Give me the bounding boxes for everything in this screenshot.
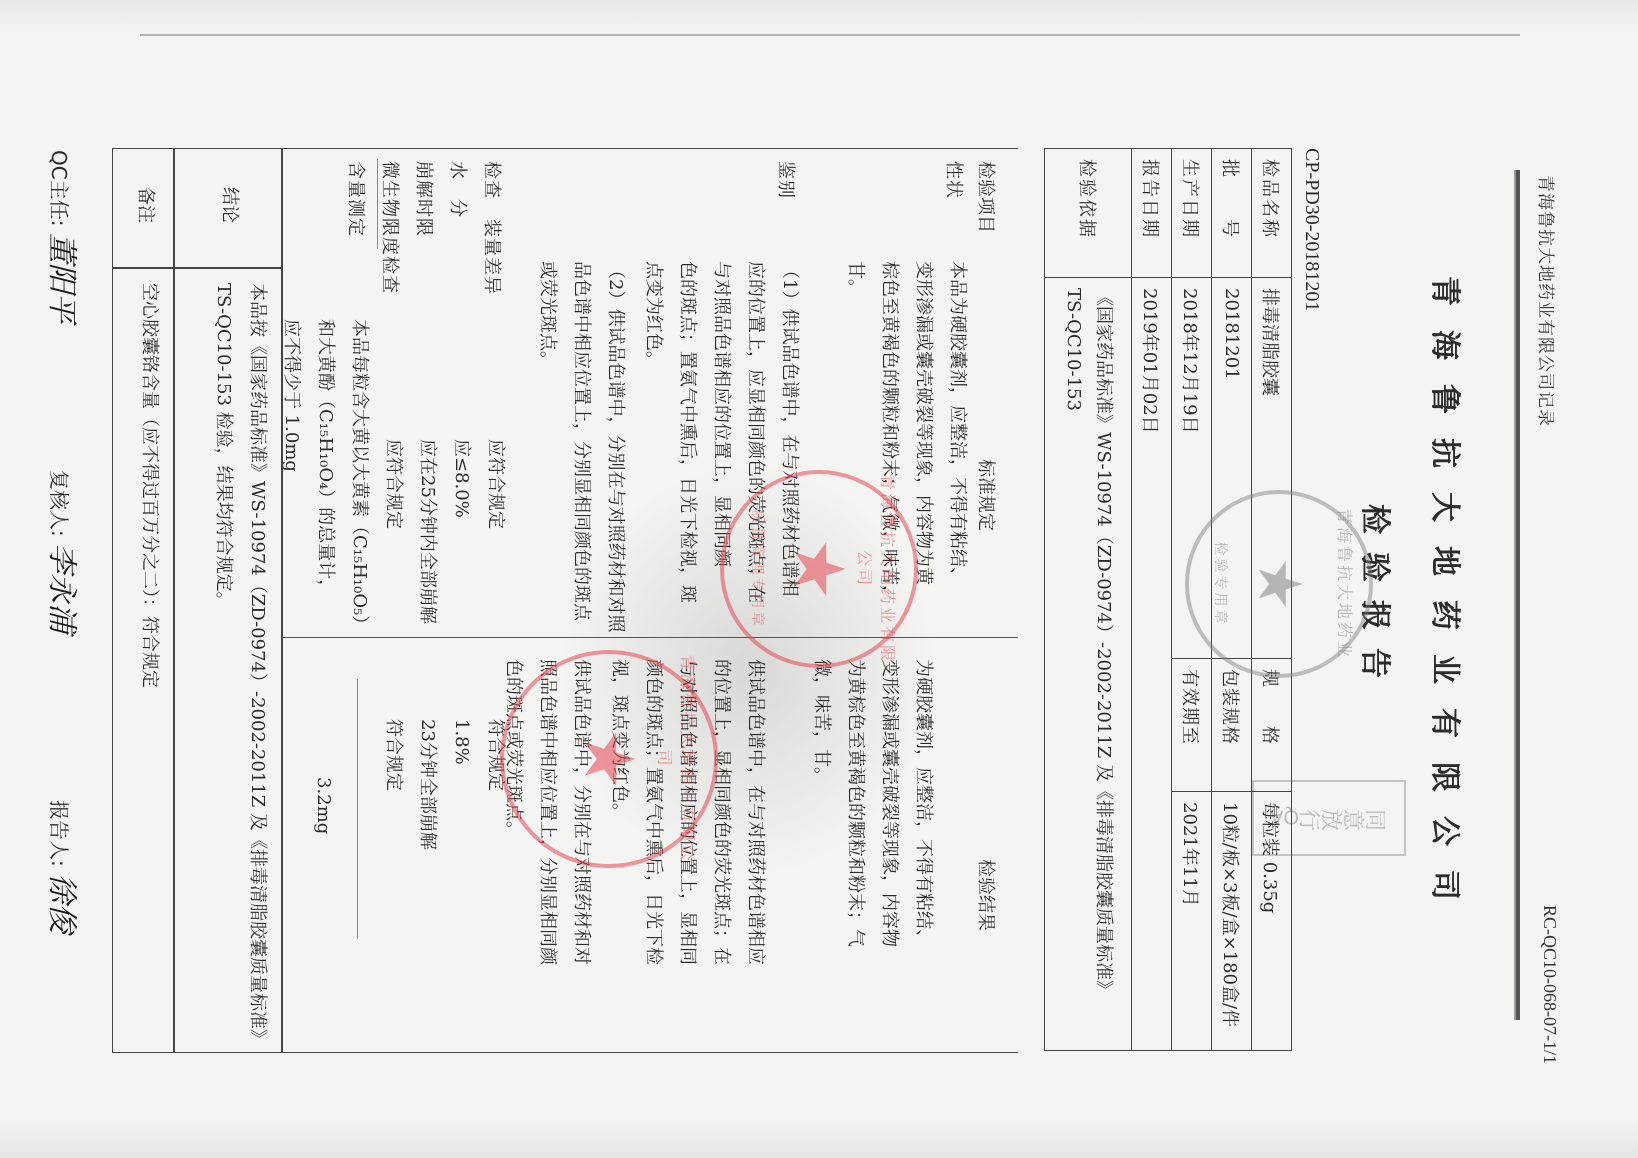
identification-label: 鉴别 bbox=[774, 161, 800, 199]
conclusion-label: 结论 bbox=[218, 187, 244, 223]
column-header-standard: 标准规定 bbox=[974, 459, 1000, 531]
disintegration-standard: 应在25分钟内全部崩解 bbox=[410, 439, 444, 624]
identification-standard-2: （2）供试品色谱中，分别在与对照药材和对照 品色谱中相应位置上，分别显相同颜色的… bbox=[530, 261, 632, 637]
spec-label: 规 格 bbox=[1252, 659, 1292, 792]
text-line: 为硬胶囊剂，应整洁，不得有粘结、 bbox=[906, 659, 940, 1049]
basis-value: 《国家药品标准》WS-10974（ZD-0974）-2002-2011Z 及《排… bbox=[1045, 278, 1132, 1051]
assay-rule bbox=[377, 159, 378, 249]
assay-standard: 本品每粒含大黄以大黄素（C₁₅H₁₀O₅） 和大黄酚（C₁₅H₁₀O₄）的总量计… bbox=[274, 319, 376, 635]
text-line: 本品按《国家药品标准》WS-10974（ZD-0974）-2002-2011Z … bbox=[240, 283, 274, 1048]
fill-variation-label: 装量差异 bbox=[480, 219, 506, 295]
microbial-label: 微生物限度检查 bbox=[378, 161, 404, 294]
text-line: 品色谱中相应位置上，分别显相同颜色的斑点 bbox=[564, 261, 598, 637]
conclusion-divider bbox=[282, 149, 284, 1052]
remark-label: 备注 bbox=[134, 187, 160, 223]
disintegration-label: 崩解时限 bbox=[412, 161, 438, 237]
info-row: 检验依据 《国家药品标准》WS-10974（ZD-0974）-2002-2011… bbox=[1045, 149, 1132, 1051]
text-line: 应不得少于 1.0mg bbox=[274, 319, 308, 635]
conclusion-text: 本品按《国家药品标准》WS-10974（ZD-0974）-2002-2011Z … bbox=[206, 283, 274, 1048]
qc-director-signature: QC主任: 董阳平 bbox=[43, 150, 87, 323]
product-name-label: 检品名称 bbox=[1252, 149, 1292, 278]
expiry-label: 有效期至 bbox=[1172, 659, 1212, 792]
production-date-label: 生产日期 bbox=[1172, 149, 1212, 278]
report-date-value: 2019年01月02日 bbox=[1132, 278, 1172, 1051]
basis-line-2: TS-QC10-153 bbox=[1058, 288, 1088, 1040]
inspection-report-page: 青海鲁抗大地药业有限公司记录 RC-QC10-068-07-1/1 青海鲁抗大地… bbox=[0, 0, 1638, 1158]
seal-star-icon: ★ bbox=[784, 538, 854, 601]
fill-variation-standard: 应符合规定 bbox=[478, 439, 512, 529]
quality-seal-subtext: 质量管理专用章 bbox=[748, 474, 768, 664]
appearance-result: 为硬胶囊剂，应整洁，不得有粘结、 变形渗漏或囊壳破裂等现象，内容物 为黄棕色至黄… bbox=[804, 659, 940, 1049]
company-record-header: 青海鲁抗大地药业有限公司记录 bbox=[1535, 175, 1560, 427]
company-seal: 青海鲁抗大地药业有限公司 ★ bbox=[500, 650, 718, 868]
document-number: CP-PD30-20181201 bbox=[1300, 148, 1323, 311]
seal-star-icon: ★ bbox=[574, 728, 644, 791]
reviewer-name: 李永浦 bbox=[44, 543, 79, 633]
text-line: 或荧光斑点。 bbox=[530, 261, 564, 637]
column-header-result: 检验结果 bbox=[974, 859, 1000, 931]
moisture-label: 水 分 bbox=[446, 161, 472, 218]
qc-director-name: 董阳平 bbox=[44, 233, 79, 323]
basis-line-1: 《国家药品标准》WS-10974（ZD-0974）-2002-2011Z 及《排… bbox=[1088, 288, 1118, 1040]
inspection-seal-subtext: 检验专用章 bbox=[1211, 494, 1231, 674]
reporter-name: 徐俊 bbox=[44, 873, 79, 933]
moisture-standard: 应≤8.0% bbox=[444, 439, 478, 518]
assay-result-rule bbox=[357, 679, 358, 939]
assay-label: 含量测定 bbox=[344, 161, 370, 237]
text-line: 变形渗漏或囊壳破裂等现象，内容物 bbox=[872, 659, 906, 1049]
text-line: 和大黄酚（C₁₅H₁₀O₄）的总量计， bbox=[308, 319, 342, 635]
spec-value: 每粒装 0.35g bbox=[1252, 792, 1292, 1051]
column-divider bbox=[283, 637, 1018, 638]
qc-director-label: QC主任: bbox=[47, 150, 71, 226]
microbial-result: 符合规定 bbox=[376, 719, 410, 791]
reviewer-label: 复核人: bbox=[47, 470, 71, 537]
text-line: 为黄棕色至黄褐色的颗粒和粉末；气 bbox=[838, 659, 872, 1049]
seal-star-icon: ★ bbox=[1244, 557, 1314, 611]
packing-label: 包装规格 bbox=[1212, 659, 1252, 792]
header-rule bbox=[1514, 170, 1520, 1020]
inspection-seal: 青海鲁抗大地药业 ★ 检验专用章 bbox=[1185, 490, 1373, 678]
column-header-item: 检验项目 bbox=[974, 161, 1000, 233]
text-line: （2）供试品色谱中，分别在与对照药材和对照 bbox=[598, 261, 632, 637]
text-line: 点变为红色。 bbox=[636, 261, 670, 631]
reporter-signature: 报告人: 徐俊 bbox=[43, 800, 87, 933]
text-line: 本品每粒含大黄以大黄素（C₁₅H₁₀O₅） bbox=[342, 319, 376, 635]
check-label: 检查 bbox=[480, 161, 506, 199]
basis-label: 检验依据 bbox=[1045, 149, 1132, 278]
batch-label: 批 号 bbox=[1212, 149, 1252, 278]
text-line: 本品为硬胶囊剂，应整洁，不得有粘结、 bbox=[940, 261, 974, 631]
inspection-seal-text: 青海鲁抗大地药业 bbox=[1334, 494, 1357, 674]
approval-stamp-text: 同意放行 bbox=[1299, 803, 1387, 834]
expiry-value: 2021年11月 bbox=[1172, 792, 1212, 1051]
company-name: 青海鲁抗大地药业有限公司 bbox=[1426, 175, 1470, 1025]
conclusion-label-divider bbox=[113, 267, 283, 269]
form-code: RC-QC10-068-07-1/1 bbox=[1539, 905, 1560, 1064]
company-seal-text: 青海鲁抗大地药业有限公司 bbox=[654, 654, 700, 864]
info-row: 报告日期 2019年01月02日 bbox=[1132, 149, 1172, 1051]
quality-seal: 青海鲁抗大地药业有限公司 ★ 质量管理专用章 bbox=[720, 470, 918, 668]
remark-text: 空心胶囊铬含量（应不得过百万分之二）：符合规定 bbox=[132, 283, 166, 1048]
disintegration-result: 23分钟全部崩解 bbox=[410, 719, 444, 850]
quality-seal-text: 青海鲁抗大地药业有限公司 bbox=[854, 474, 900, 664]
reporter-label: 报告人: bbox=[47, 800, 71, 867]
text-line: 供试品色谱中，在与对照药材色谱相应 bbox=[738, 659, 772, 1049]
microbial-standard: 应符合规定 bbox=[376, 439, 410, 529]
appearance-label: 性状 bbox=[942, 161, 968, 199]
text-line: 微，味苦，甘。 bbox=[804, 659, 838, 1049]
text-line: TS-QC10-153 检验，结果均符合规定。 bbox=[206, 283, 240, 1048]
reviewer-signature: 复核人: 李永浦 bbox=[43, 470, 87, 633]
moisture-result: 1.8% bbox=[444, 719, 478, 765]
remark-divider bbox=[174, 149, 176, 1052]
report-date-label: 报告日期 bbox=[1132, 149, 1172, 278]
text-line: 色的斑点；置氨气中熏后，日光下检视，斑 bbox=[670, 261, 704, 631]
assay-result: 3.2mg bbox=[306, 777, 340, 834]
packing-value: 10粒/板×3板/盒×180盒/件 bbox=[1212, 792, 1252, 1051]
